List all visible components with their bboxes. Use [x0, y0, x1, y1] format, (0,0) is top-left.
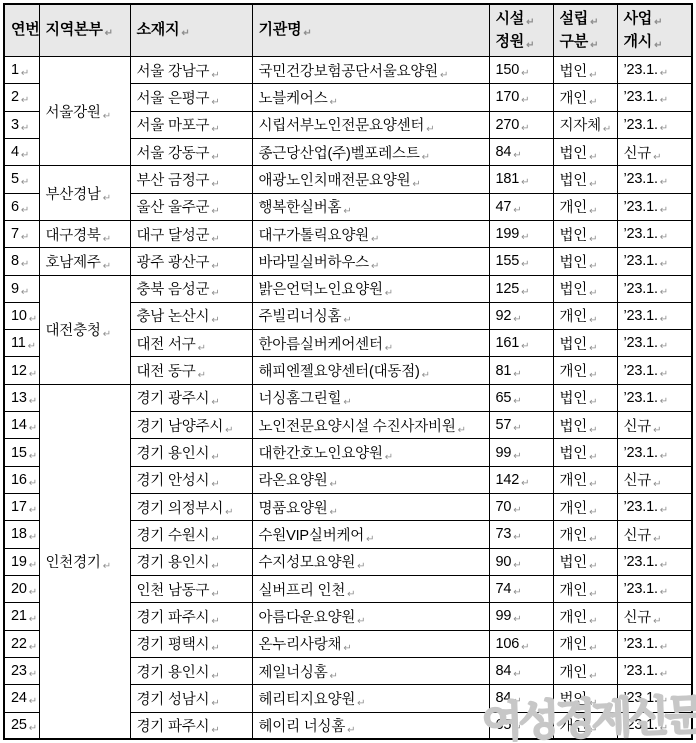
paragraph-mark: ↵ [29, 451, 37, 462]
paragraph-mark: ↵ [521, 642, 529, 653]
cell-location: 경기 용인시↵ [130, 657, 252, 684]
cell-text: 경기 용인시 [137, 555, 210, 571]
cell-location: 대전 동구↵ [130, 357, 252, 384]
paragraph-mark: ↵ [660, 560, 668, 571]
paragraph-mark: ↵ [513, 396, 521, 407]
cell-text: 90 [496, 554, 512, 570]
paragraph-mark: ↵ [660, 95, 668, 106]
cell-capacity: 150↵ [489, 57, 553, 84]
cell-text: 경기 수원시 [137, 528, 210, 544]
cell-capacity: 270↵ [489, 111, 553, 138]
paragraph-mark: ↵ [371, 234, 379, 245]
cell-text: 실버프리 인천 [259, 583, 346, 599]
cell-no: 5↵ [4, 166, 39, 193]
cell-type: 개인↵ [553, 575, 617, 602]
cell-text: 10 [11, 308, 27, 324]
cell-text: 125 [496, 281, 520, 297]
cell-location: 충북 음성군↵ [130, 275, 252, 302]
paragraph-mark: ↵ [589, 179, 597, 190]
facility-table: 연번↵지역본부↵소재지↵기관명↵시설↵정원↵설립↵구분↵사업↵개시↵ 1↵서울강… [3, 3, 693, 740]
paragraph-mark: ↵ [385, 288, 393, 299]
cell-type: 개인↵ [553, 84, 617, 111]
cell-text: 서울 강동구 [137, 146, 210, 162]
cell-text: 경기 성남시 [137, 692, 210, 708]
cell-text: 대구 달성군 [137, 228, 210, 244]
cell-text: 65 [496, 390, 512, 406]
paragraph-mark: ↵ [29, 614, 37, 625]
cell-text: 7 [11, 226, 19, 242]
paragraph-mark: ↵ [211, 70, 219, 81]
cell-start: ’23.1.↵ [617, 575, 692, 602]
cell-text: 20 [11, 581, 27, 597]
cell-capacity: 90↵ [489, 548, 553, 575]
cell-type: 법인↵ [553, 548, 617, 575]
cell-text: 대전충청 [46, 323, 101, 339]
cell-start: ’23.1.↵ [617, 630, 692, 657]
header-label: 시설 [496, 10, 525, 27]
cell-region: 대전충청↵ [39, 275, 130, 384]
cell-no: 11↵ [4, 330, 39, 357]
cell-type: 법인↵ [553, 57, 617, 84]
cell-text: 21 [11, 608, 27, 624]
header-label: 사업 [624, 10, 653, 27]
paragraph-mark: ↵ [513, 451, 521, 462]
table-row: 13↵인천경기↵경기 광주시↵너싱홈그린힐↵65↵법인↵’23.1.↵ [4, 384, 692, 411]
paragraph-mark: ↵ [660, 123, 668, 134]
paragraph-mark: ↵ [211, 234, 219, 245]
cell-text: 서울 은평구 [137, 91, 210, 107]
paragraph-mark: ↵ [225, 507, 233, 518]
cell-no: 8↵ [4, 248, 39, 275]
cell-start: ’23.1.↵ [617, 248, 692, 275]
paragraph-mark: ↵ [330, 479, 338, 490]
paragraph-mark: ↵ [513, 369, 521, 380]
cell-text: 한아름실버케어센터 [259, 337, 383, 353]
paragraph-mark: ↵ [513, 423, 521, 434]
table-header: 연번↵지역본부↵소재지↵기관명↵시설↵정원↵설립↵구분↵사업↵개시↵ [4, 4, 692, 57]
paragraph-mark: ↵ [589, 698, 597, 709]
cell-start: 신규↵ [617, 521, 692, 548]
paragraph-mark: ↵ [660, 587, 668, 598]
cell-text: 경기 용인시 [137, 665, 210, 681]
cell-type: 개인↵ [553, 521, 617, 548]
cell-text: ’23.1. [624, 363, 658, 379]
header-label: 정원 [496, 33, 525, 50]
cell-text: ’23.1. [624, 253, 658, 269]
paragraph-mark: ↵ [513, 696, 521, 707]
cell-text: ’23.1. [624, 171, 658, 187]
cell-text: ’23.1. [624, 717, 658, 733]
cell-start: ’23.1.↵ [617, 111, 692, 138]
paragraph-mark: ↵ [385, 452, 393, 463]
cell-name: 아름다운요양원↵ [252, 603, 489, 630]
cell-text: 명품요양원 [259, 501, 328, 517]
cell-no: 1↵ [4, 57, 39, 84]
paragraph-mark: ↵ [526, 17, 534, 28]
cell-name: 노블케어스↵ [252, 84, 489, 111]
paragraph-mark: ↵ [513, 150, 521, 161]
paragraph-mark: ↵ [21, 205, 29, 216]
cell-text: 충북 음성군 [137, 282, 210, 298]
paragraph-mark: ↵ [385, 343, 393, 354]
paragraph-mark: ↵ [211, 698, 219, 709]
paragraph-mark: ↵ [660, 314, 668, 325]
paragraph-mark: ↵ [422, 152, 430, 163]
cell-text: ’23.1. [624, 226, 658, 242]
paragraph-mark: ↵ [589, 261, 597, 272]
paragraph-mark: ↵ [440, 70, 448, 81]
cell-location: 서울 마포구↵ [130, 111, 252, 138]
paragraph-mark: ↵ [330, 97, 338, 108]
paragraph-mark: ↵ [660, 259, 668, 270]
cell-text: 경기 용인시 [137, 446, 210, 462]
paragraph-mark: ↵ [21, 68, 29, 79]
cell-text: 신규 [624, 610, 652, 626]
cell-type: 법인↵ [553, 330, 617, 357]
cell-text: 73 [496, 526, 512, 542]
cell-start: ’23.1.↵ [617, 57, 692, 84]
cell-text: 인천경기 [46, 555, 101, 571]
cell-text: 65 [496, 717, 512, 733]
paragraph-mark: ↵ [371, 261, 379, 272]
cell-text: 18 [11, 526, 27, 542]
cell-type: 법인↵ [553, 439, 617, 466]
cell-location: 경기 평택시↵ [130, 630, 252, 657]
header-row: 연번↵지역본부↵소재지↵기관명↵시설↵정원↵설립↵구분↵사업↵개시↵ [4, 4, 692, 57]
cell-type: 법인↵ [553, 275, 617, 302]
paragraph-mark: ↵ [330, 671, 338, 682]
paragraph-mark: ↵ [589, 561, 597, 572]
table-row: 9↵대전충청↵충북 음성군↵밝은언덕노인요양원↵125↵법인↵’23.1.↵ [4, 275, 692, 302]
cell-name: 헤이리 너싱홈↵ [252, 712, 489, 739]
cell-name: 대한간호노인요양원↵ [252, 439, 489, 466]
cell-type: 법인↵ [553, 248, 617, 275]
cell-no: 3↵ [4, 111, 39, 138]
cell-text: 법인 [560, 555, 588, 571]
paragraph-mark: ↵ [589, 425, 597, 436]
cell-type: 개인↵ [553, 302, 617, 329]
cell-name: 노인전문요양시설 수진사자비원↵ [252, 412, 489, 439]
cell-start: ’23.1.↵ [617, 330, 692, 357]
paragraph-mark: ↵ [21, 287, 29, 298]
cell-text: 경기 광주시 [137, 391, 210, 407]
cell-location: 경기 용인시↵ [130, 548, 252, 575]
paragraph-mark: ↵ [589, 315, 597, 326]
paragraph-mark: ↵ [426, 124, 434, 135]
paragraph-mark: ↵ [330, 507, 338, 518]
cell-text: 부산 금정구 [137, 173, 210, 189]
cell-type: 법인↵ [553, 685, 617, 712]
cell-text: 개인 [560, 610, 588, 626]
paragraph-mark: ↵ [103, 329, 111, 340]
table-row: 7↵대구경북↵대구 달성군↵대구가톨릭요양원↵199↵법인↵’23.1.↵ [4, 220, 692, 247]
cell-capacity: 65↵ [489, 712, 553, 739]
paragraph-mark: ↵ [29, 642, 37, 653]
cell-text: 너싱홈그린힐 [259, 391, 342, 407]
cell-location: 대전 서구↵ [130, 330, 252, 357]
cell-text: 개인 [560, 665, 588, 681]
cell-text: 법인 [560, 146, 588, 162]
cell-text: 1 [11, 62, 19, 78]
cell-location: 경기 성남시↵ [130, 685, 252, 712]
paragraph-mark: ↵ [521, 287, 529, 298]
cell-text: 19 [11, 554, 27, 570]
cell-text: 84 [496, 663, 512, 679]
cell-text: 대전 서구 [137, 337, 196, 353]
cell-no: 18↵ [4, 521, 39, 548]
cell-text: 6 [11, 199, 19, 215]
paragraph-mark: ↵ [513, 723, 521, 734]
cell-type: 법인↵ [553, 384, 617, 411]
cell-text: 인천 남동구 [137, 583, 210, 599]
cell-text: 노블케어스 [259, 91, 328, 107]
paragraph-mark: ↵ [211, 534, 219, 545]
cell-name: 수지성모요양원↵ [252, 548, 489, 575]
cell-no: 17↵ [4, 494, 39, 521]
cell-location: 경기 파주시↵ [130, 603, 252, 630]
cell-no: 7↵ [4, 220, 39, 247]
cell-capacity: 142↵ [489, 466, 553, 493]
cell-start: ’23.1.↵ [617, 712, 692, 739]
paragraph-mark: ↵ [103, 561, 111, 572]
paragraph-mark: ↵ [347, 725, 355, 736]
cell-name: 국민건강보험공단서울요양원↵ [252, 57, 489, 84]
cell-text: 대구경북 [46, 228, 101, 244]
cell-start: ’23.1.↵ [617, 685, 692, 712]
cell-text: 경기 파주시 [137, 719, 210, 735]
cell-text: 155 [496, 253, 520, 269]
paragraph-mark: ↵ [211, 616, 219, 627]
cell-start: 신규↵ [617, 603, 692, 630]
cell-start: ’23.1.↵ [617, 657, 692, 684]
cell-start: 신규↵ [617, 138, 692, 165]
cell-text: ’23.1. [624, 554, 658, 570]
paragraph-mark: ↵ [653, 425, 661, 436]
cell-location: 경기 의정부시↵ [130, 494, 252, 521]
header-label: 지역본부 [46, 21, 103, 38]
paragraph-mark: ↵ [660, 232, 668, 243]
document-page: 연번↵지역본부↵소재지↵기관명↵시설↵정원↵설립↵구분↵사업↵개시↵ 1↵서울강… [0, 0, 696, 743]
cell-text: 경기 파주시 [137, 610, 210, 626]
cell-text: 서울 강남구 [137, 64, 210, 80]
paragraph-mark: ↵ [513, 314, 521, 325]
paragraph-mark: ↵ [343, 315, 351, 326]
cell-text: 종근당산업(주)벨포레스트 [259, 146, 420, 162]
cell-name: 한아름실버케어센터↵ [252, 330, 489, 357]
cell-capacity: 81↵ [489, 357, 553, 384]
paragraph-mark: ↵ [526, 40, 534, 51]
header-cell-start: 사업↵개시↵ [617, 4, 692, 57]
header-label: 설립 [560, 10, 589, 27]
paragraph-mark: ↵ [211, 643, 219, 654]
paragraph-mark: ↵ [21, 232, 29, 243]
paragraph-mark: ↵ [589, 479, 597, 490]
paragraph-mark: ↵ [343, 643, 351, 654]
cell-start: ’23.1.↵ [617, 302, 692, 329]
cell-text: 수원VIP실버케어 [259, 528, 365, 544]
paragraph-mark: ↵ [660, 505, 668, 516]
cell-text: 150 [496, 62, 520, 78]
cell-text: 3 [11, 117, 19, 133]
paragraph-mark: ↵ [105, 28, 113, 39]
paragraph-mark: ↵ [653, 616, 661, 627]
cell-text: 행복한실버홈 [259, 200, 342, 216]
cell-text: 개인 [560, 528, 588, 544]
cell-type: 법인↵ [553, 220, 617, 247]
cell-type: 법인↵ [553, 166, 617, 193]
paragraph-mark: ↵ [660, 696, 668, 707]
paragraph-mark: ↵ [103, 111, 111, 122]
paragraph-mark: ↵ [211, 561, 219, 572]
cell-location: 서울 강남구↵ [130, 57, 252, 84]
cell-name: 수원VIP실버케어↵ [252, 521, 489, 548]
cell-text: 지자체 [560, 118, 601, 134]
cell-text: 수지성모요양원 [259, 555, 356, 571]
table-row: 8↵호남제주↵광주 광산구↵바라밀실버하우스↵155↵법인↵’23.1.↵ [4, 248, 692, 275]
cell-text: 개인 [560, 719, 588, 735]
cell-text: 밝은언덕노인요양원 [259, 282, 383, 298]
paragraph-mark: ↵ [29, 369, 37, 380]
paragraph-mark: ↵ [225, 425, 233, 436]
cell-text: 개인 [560, 200, 588, 216]
cell-text: 법인 [560, 692, 588, 708]
cell-text: 개인 [560, 583, 588, 599]
cell-capacity: 74↵ [489, 575, 553, 602]
paragraph-mark: ↵ [521, 341, 529, 352]
paragraph-mark: ↵ [589, 507, 597, 518]
cell-text: ’23.1. [624, 690, 658, 706]
paragraph-mark: ↵ [29, 669, 37, 680]
paragraph-mark: ↵ [513, 669, 521, 680]
paragraph-mark: ↵ [29, 314, 37, 325]
cell-text: 법인 [560, 173, 588, 189]
paragraph-mark: ↵ [422, 370, 430, 381]
paragraph-mark: ↵ [654, 17, 662, 28]
table-body: 1↵서울강원↵서울 강남구↵국민건강보험공단서울요양원↵150↵법인↵’23.1… [4, 57, 692, 740]
cell-start: ’23.1.↵ [617, 548, 692, 575]
header-cell-location: 소재지↵ [130, 4, 252, 57]
cell-text: 대구가톨릭요양원 [259, 228, 369, 244]
paragraph-mark: ↵ [521, 123, 529, 134]
cell-capacity: 125↵ [489, 275, 553, 302]
cell-location: 인천 남동구↵ [130, 575, 252, 602]
paragraph-mark: ↵ [660, 669, 668, 680]
paragraph-mark: ↵ [660, 341, 668, 352]
paragraph-mark: ↵ [211, 452, 219, 463]
cell-text: 법인 [560, 446, 588, 462]
cell-location: 충남 논산시↵ [130, 302, 252, 329]
cell-text: 법인 [560, 419, 588, 435]
cell-text: 호남제주 [46, 255, 101, 271]
paragraph-mark: ↵ [211, 206, 219, 217]
cell-text: 8 [11, 253, 19, 269]
paragraph-mark: ↵ [521, 232, 529, 243]
cell-capacity: 99↵ [489, 603, 553, 630]
header-label: 개시 [624, 33, 653, 50]
cell-capacity: 106↵ [489, 630, 553, 657]
paragraph-mark: ↵ [589, 206, 597, 217]
cell-name: 밝은언덕노인요양원↵ [252, 275, 489, 302]
cell-text: 애광노인치매전문요양원 [259, 173, 411, 189]
cell-text: 법인 [560, 391, 588, 407]
cell-text: 99 [496, 608, 512, 624]
paragraph-mark: ↵ [653, 152, 661, 163]
cell-location: 경기 광주시↵ [130, 384, 252, 411]
cell-text: 81 [496, 363, 512, 379]
paragraph-mark: ↵ [589, 234, 597, 245]
paragraph-mark: ↵ [211, 152, 219, 163]
cell-location: 경기 용인시↵ [130, 439, 252, 466]
paragraph-mark: ↵ [589, 616, 597, 627]
cell-name: 제일너싱홈↵ [252, 657, 489, 684]
cell-no: 19↵ [4, 548, 39, 575]
paragraph-mark: ↵ [29, 560, 37, 571]
cell-location: 경기 남양주시↵ [130, 412, 252, 439]
header-cell-name: 기관명↵ [252, 4, 489, 57]
paragraph-mark: ↵ [589, 725, 597, 736]
cell-type: 개인↵ [553, 466, 617, 493]
cell-capacity: 170↵ [489, 84, 553, 111]
cell-no: 24↵ [4, 685, 39, 712]
cell-no: 12↵ [4, 357, 39, 384]
cell-text: 대전 동구 [137, 364, 196, 380]
paragraph-mark: ↵ [521, 478, 529, 489]
cell-name: 너싱홈그린힐↵ [252, 384, 489, 411]
cell-text: 9 [11, 281, 19, 297]
cell-name: 애광노인치매전문요양원↵ [252, 166, 489, 193]
cell-capacity: 84↵ [489, 685, 553, 712]
cell-capacity: 99↵ [489, 439, 553, 466]
paragraph-mark: ↵ [660, 642, 668, 653]
paragraph-mark: ↵ [29, 587, 37, 598]
cell-start: ’23.1.↵ [617, 84, 692, 111]
cell-location: 광주 광산구↵ [130, 248, 252, 275]
paragraph-mark: ↵ [458, 425, 466, 436]
paragraph-mark: ↵ [521, 95, 529, 106]
cell-text: 시립서부노인전문요양센터 [259, 118, 425, 134]
paragraph-mark: ↵ [589, 534, 597, 545]
paragraph-mark: ↵ [513, 532, 521, 543]
paragraph-mark: ↵ [347, 589, 355, 600]
cell-text: 경기 안성시 [137, 473, 210, 489]
paragraph-mark: ↵ [21, 95, 29, 106]
cell-type: 개인↵ [553, 712, 617, 739]
cell-text: 법인 [560, 282, 588, 298]
cell-no: 10↵ [4, 302, 39, 329]
cell-text: 17 [11, 499, 27, 515]
cell-name: 헤리티지요양원↵ [252, 685, 489, 712]
paragraph-mark: ↵ [29, 723, 37, 734]
cell-no: 4↵ [4, 138, 39, 165]
paragraph-mark: ↵ [343, 397, 351, 408]
cell-text: ’23.1. [624, 390, 658, 406]
cell-text: 70 [496, 499, 512, 515]
cell-type: 개인↵ [553, 657, 617, 684]
paragraph-mark: ↵ [29, 532, 37, 543]
cell-capacity: 65↵ [489, 384, 553, 411]
cell-capacity: 155↵ [489, 248, 553, 275]
cell-capacity: 84↵ [489, 138, 553, 165]
table-row: 1↵서울강원↵서울 강남구↵국민건강보험공단서울요양원↵150↵법인↵’23.1… [4, 57, 692, 84]
paragraph-mark: ↵ [521, 68, 529, 79]
paragraph-mark: ↵ [589, 452, 597, 463]
cell-start: ’23.1.↵ [617, 439, 692, 466]
cell-text: 74 [496, 581, 512, 597]
cell-start: 신규↵ [617, 466, 692, 493]
cell-type: 개인↵ [553, 193, 617, 220]
cell-location: 서울 강동구↵ [130, 138, 252, 165]
paragraph-mark: ↵ [29, 396, 37, 407]
